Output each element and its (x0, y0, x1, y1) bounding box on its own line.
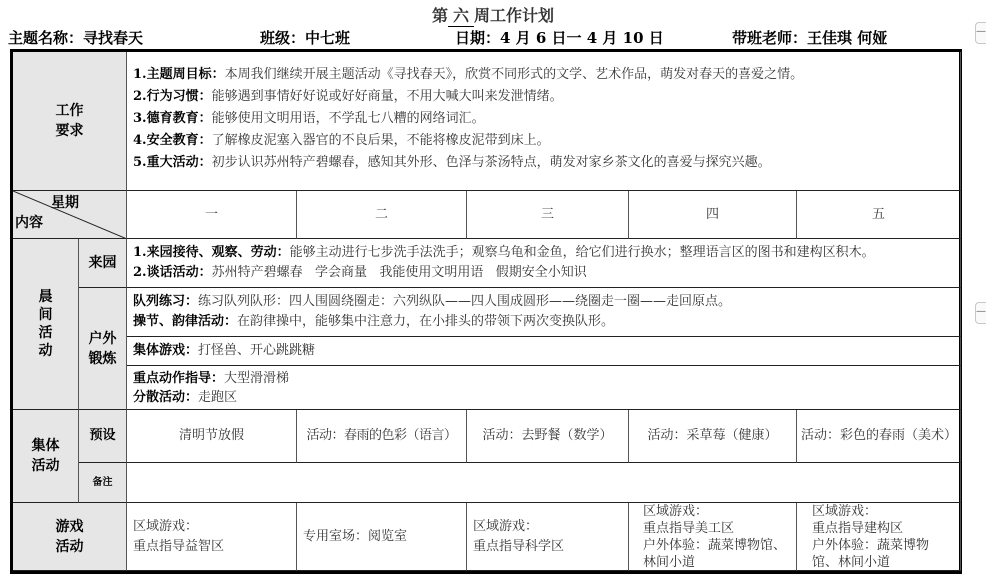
game-mon: 区域游戏：重点指导益智区 (127, 503, 297, 571)
page-title: 第六周工作计划 (0, 3, 986, 27)
group-activity-label: 集体 活动 (13, 410, 79, 503)
game-thu: 区域游戏：重点指导美工区户外体验：蔬菜博物馆、林间小道 (629, 503, 797, 571)
work-requirements-content: 1.主题周目标：本周我们继续开展主题活动《寻找春天》，欣赏不同形式的文学、艺术作… (127, 52, 961, 191)
corner-header: 星期 内容 (13, 191, 127, 239)
arrival-content: 1.来园接待、观察、劳动：能够主动进行七步洗手法洗手；观察乌龟和金鱼，给它们进行… (127, 239, 961, 288)
corner-weekday-label: 星期 (51, 193, 79, 213)
preset-wed: 活动：去野餐（数学） (467, 410, 629, 463)
theme-name: 主题名称：寻找春天 (8, 27, 143, 48)
arrival-line: 1.来园接待、观察、劳动：能够主动进行七步洗手法洗手；观察乌龟和金鱼，给它们进行… (133, 243, 960, 263)
day-header-mon: 一 (127, 191, 297, 239)
day-header-fri: 五 (797, 191, 961, 239)
title-prefix: 第 (432, 6, 448, 25)
side-collapse-button-2[interactable]: — (975, 302, 986, 324)
group-game-content: 集体游戏：打怪兽、开心跳跳糖 (127, 337, 961, 366)
requirement-item: 5.重大活动：初步认识苏州特产碧螺春，感知其外形、色泽与茶汤特点，萌发对家乡茶文… (133, 152, 960, 174)
label-line: 要求 (56, 121, 84, 141)
notes-content[interactable] (127, 463, 961, 503)
preset-label: 预设 (79, 410, 127, 463)
formation-line: 操节、韵律活动：在韵律操中，能够集中注意力，在小排头的带领下两次变换队形。 (133, 312, 960, 332)
game-activity-label: 游戏 活动 (13, 503, 127, 571)
work-requirements-label: 工作 要求 (13, 52, 127, 191)
game-wed: 区域游戏：重点指导科学区 (467, 503, 629, 571)
requirement-item: 2.行为习惯：能够遇到事情好好说或好好商量，不用大喊大叫来发泄情绪。 (133, 86, 960, 108)
label-line: 工作 (56, 101, 84, 121)
week-number: 六 (448, 3, 474, 27)
requirement-item: 1.主题周目标：本周我们继续开展主题活动《寻找春天》，欣赏不同形式的文学、艺术作… (133, 64, 960, 86)
requirement-item: 4.安全教育：了解橡皮泥塞入器官的不良后果，不能将橡皮泥带到床上。 (133, 130, 960, 152)
game-fri: 区域游戏：重点指导建构区户外体验：蔬菜博物馆、林间小道 (797, 503, 961, 571)
date-range: 日期：4 月 6 日一 4 月 10 日 (455, 27, 664, 48)
day-header-thu: 四 (629, 191, 797, 239)
preset-tue: 活动：春雨的色彩（语言） (297, 410, 467, 463)
formation-line: 队列练习：练习队列队形：四人围圆绕圈走：六列纵队——四人围成圆形——绕圈走一圈—… (133, 292, 960, 312)
movement-guidance-content: 重点动作指导：大型滑滑梯 分散活动：走跑区 (127, 366, 961, 410)
side-collapse-button-1[interactable]: — (975, 22, 986, 44)
title-suffix: 周工作计划 (474, 6, 554, 25)
arrival-label: 来园 (79, 239, 127, 288)
notes-label: 备注 (79, 463, 127, 503)
formation-practice-content: 队列练习：练习队列队形：四人围圆绕圈走：六列纵队——四人围成圆形——绕圈走一圈—… (127, 288, 961, 337)
preset-fri: 活动：彩色的春雨（美术） (797, 410, 961, 463)
outdoor-exercise-label: 户外 锻炼 (79, 288, 127, 410)
teachers: 带班老师：王佳琪 何娅 (732, 27, 887, 48)
preset-mon: 清明节放假 (127, 410, 297, 463)
preset-thu: 活动：采草莓（健康） (629, 410, 797, 463)
requirement-item: 3.德育教育：能够使用文明用语，不学乱七八糟的网络词汇。 (133, 108, 960, 130)
day-header-wed: 三 (467, 191, 629, 239)
game-tue: 专用室场：阅览室 (297, 503, 467, 571)
corner-content-label: 内容 (15, 213, 43, 233)
day-header-tue: 二 (297, 191, 467, 239)
morning-activity-label: 晨 间 活 动 (13, 239, 79, 410)
arrival-line: 2.谈话活动：苏州特产碧螺春 学会商量 我能使用文明用语 假期安全小知识 (133, 263, 960, 283)
class-name: 班级：中七班 (260, 27, 350, 48)
